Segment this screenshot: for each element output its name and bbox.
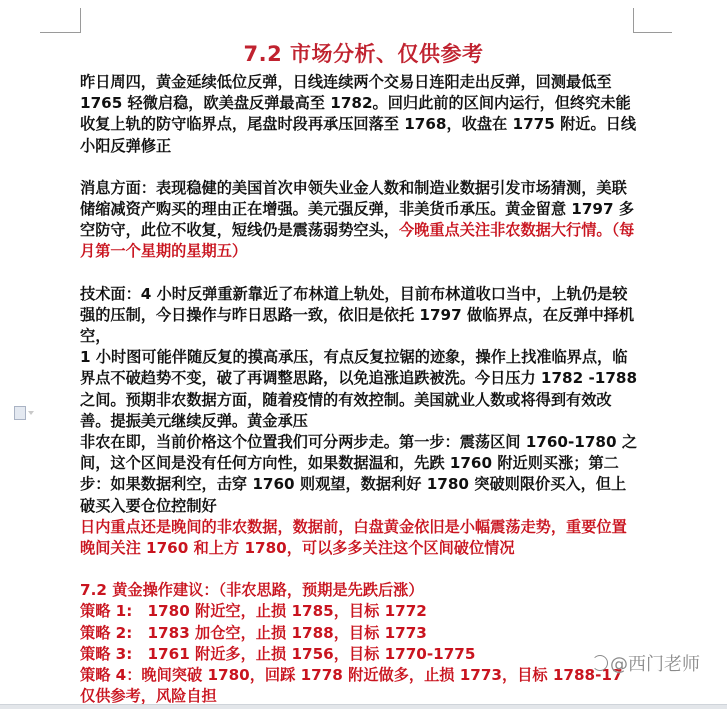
strategy-item-2: 策略 2: 1783 加仓空，止损 1788，目标 1773 <box>80 623 640 644</box>
paragraph-intraday-focus: 日内重点还是晚间的非农数据，数据前，白盘黄金依旧是小幅震荡走势，重要位置晚间关注… <box>80 517 640 559</box>
weibo-logo-icon <box>592 655 608 671</box>
strategy-item-4: 策略 4：晚间突破 1780，回踩 1778 附近做多，止损 1773，目标 1… <box>80 665 640 686</box>
page-corner-mark-right <box>633 8 672 33</box>
strategy-item-3: 策略 3: 1761 附近多，止损 1756，目标 1770-1775 <box>80 644 640 665</box>
strategy-heading: 7.2 黄金操作建议：（非农思路，预期是先跌后涨） <box>80 580 640 601</box>
watermark: @西门老师 <box>592 650 700 676</box>
paragraph-hourly: 1 小时图可能伴随反复的摸高承压，有点反复拉锯的迹象，操作上找准临界点，临界点不… <box>80 347 640 432</box>
document-body: 昨日周四，黄金延续低位反弹，日线连续两个交易日连阳走出反弹，回测最低至 1765… <box>80 72 640 707</box>
spacer <box>80 263 640 284</box>
page-corner-mark-left <box>40 8 81 33</box>
watermark-text: @西门老师 <box>610 650 700 676</box>
document-title: 7.2 市场分析、仅供参考 <box>0 38 727 68</box>
strategy-section: 7.2 黄金操作建议：（非农思路，预期是先跌后涨） 策略 1: 1780 附近空… <box>80 580 640 707</box>
bottom-scrollbar-edge[interactable] <box>0 704 727 709</box>
paragraph-nfp-plan: 非农在即，当前价格这个位置我们可分两步走。第一步：震荡区间 1760-1780 … <box>80 432 640 517</box>
paragraph-market-review: 昨日周四，黄金延续低位反弹，日线连续两个交易日连阳走出反弹，回测最低至 1765… <box>80 72 640 157</box>
spacer <box>80 559 640 580</box>
paragraph-technical: 技术面：4 小时反弹重新靠近了布林道上轨处，目前布林道收口当中，上轨仍是较强的压… <box>80 284 640 348</box>
strategy-item-1: 策略 1: 1780 附近空，止损 1785，目标 1772 <box>80 601 640 622</box>
spacer <box>80 157 640 178</box>
paragraph-news: 消息方面：表现稳健的美国首次申领失业金人数和制造业数据引发市场猜测，美联储缩减资… <box>80 178 640 263</box>
document-icon[interactable] <box>14 406 26 420</box>
